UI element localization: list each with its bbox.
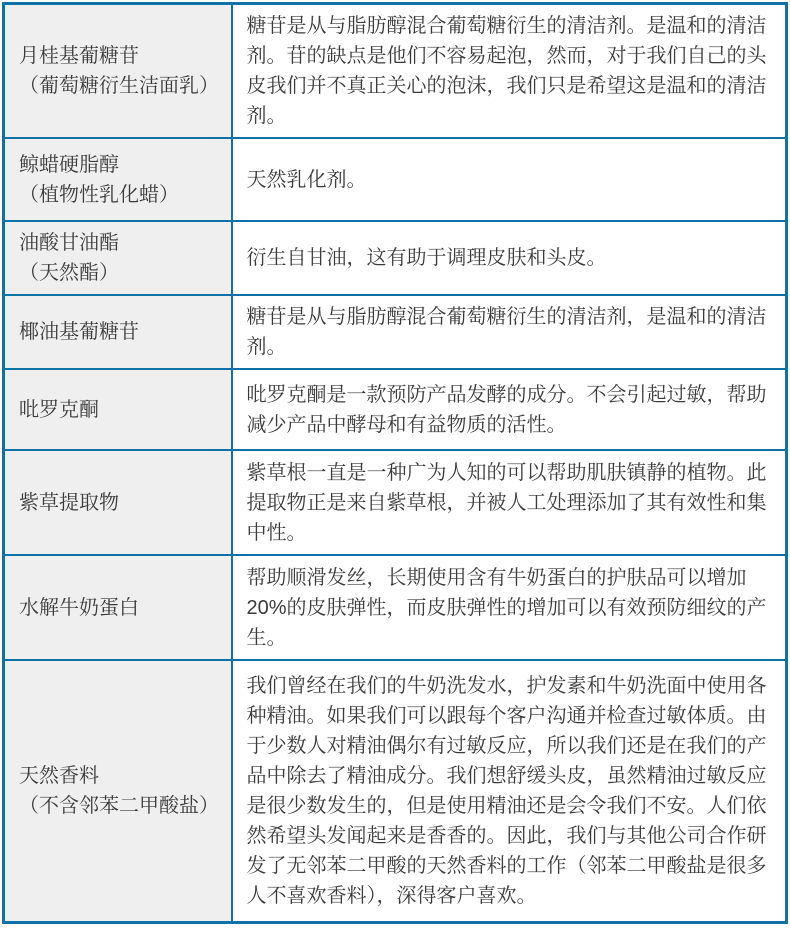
ingredient-description-text: 帮助顺滑发丝，长期使用含有牛奶蛋白的护肤品可以增加20%的皮肤弹性，而皮肤弹性的… (247, 567, 767, 649)
ingredient-name-line: 天然香料 (19, 761, 223, 791)
ingredients-table: 月桂基葡糖苷（葡萄糖衍生洁面乳） 糖苷是从与脂肪醇混合葡萄糖衍生的清洁剂。是温和… (2, 2, 788, 924)
table-row: 天然香料（不含邻苯二甲酸盐） 我们曾经在我们的牛奶洗发水，护发素和牛奶洗面中使用… (4, 660, 787, 922)
ingredient-name-line: 鲸蜡硬脂醇 (19, 150, 223, 180)
ingredient-name-cell: 鲸蜡硬脂醇（植物性乳化蜡） (4, 138, 232, 221)
table-row: 月桂基葡糖苷（葡萄糖衍生洁面乳） 糖苷是从与脂肪醇混合葡萄糖衍生的清洁剂。是温和… (4, 4, 787, 139)
table-row: 水解牛奶蛋白 帮助顺滑发丝，长期使用含有牛奶蛋白的护肤品可以增加20%的皮肤弹性… (4, 555, 787, 660)
ingredient-name-line: 月桂基葡糖苷 (19, 41, 223, 71)
ingredient-name-cell: 水解牛奶蛋白 (4, 555, 232, 660)
ingredient-name-line: （植物性乳化蜡） (19, 180, 223, 210)
ingredient-name-line: 油酸甘油酯 (19, 228, 223, 258)
ingredients-table-body: 月桂基葡糖苷（葡萄糖衍生洁面乳） 糖苷是从与脂肪醇混合葡萄糖衍生的清洁剂。是温和… (4, 4, 787, 923)
ingredient-description-cell: 衍生自甘油，这有助于调理皮肤和头皮。 (232, 221, 787, 295)
ingredient-name-cell: 椰油基葡糖苷 (4, 295, 232, 369)
ingredient-name-line: 紫草提取物 (19, 488, 223, 518)
ingredient-name-cell: 月桂基葡糖苷（葡萄糖衍生洁面乳） (4, 4, 232, 139)
ingredient-description-text: 吡罗克酮是一款预防产品发酵的成分。不会引起过敏，帮助减少产品中酵母和有益物质的活… (247, 384, 767, 436)
ingredient-name-line: （天然酯） (19, 258, 223, 288)
ingredient-description-text: 我们曾经在我们的牛奶洗发水，护发素和牛奶洗面中使用各种精油。如果我们可以跟每个客… (247, 675, 767, 907)
ingredient-description-cell: 紫草根一直是一种广为人知的可以帮助肌肤镇静的植物。此提取物正是来自紫草根，并被人… (232, 450, 787, 555)
ingredient-name-cell: 紫草提取物 (4, 450, 232, 555)
ingredient-description-cell: 帮助顺滑发丝，长期使用含有牛奶蛋白的护肤品可以增加20%的皮肤弹性，而皮肤弹性的… (232, 555, 787, 660)
ingredient-description-cell: 糖苷是从与脂肪醇混合葡萄糖衍生的清洁剂，是温和的清洁剂。 (232, 295, 787, 369)
ingredient-description-cell: 天然乳化剂。 (232, 138, 787, 221)
ingredient-description-cell: 吡罗克酮是一款预防产品发酵的成分。不会引起过敏，帮助减少产品中酵母和有益物质的活… (232, 369, 787, 450)
ingredient-name-line: （不含邻苯二甲酸盐） (19, 791, 223, 821)
ingredient-description-text: 糖苷是从与脂肪醇混合葡萄糖衍生的清洁剂，是温和的清洁剂。 (247, 306, 767, 358)
table-row: 椰油基葡糖苷 糖苷是从与脂肪醇混合葡萄糖衍生的清洁剂，是温和的清洁剂。 (4, 295, 787, 369)
ingredient-name-line: 吡罗克酮 (19, 395, 223, 425)
table-row: 吡罗克酮 吡罗克酮是一款预防产品发酵的成分。不会引起过敏，帮助减少产品中酵母和有… (4, 369, 787, 450)
ingredient-name-line: 水解牛奶蛋白 (19, 593, 223, 623)
table-row: 油酸甘油酯（天然酯） 衍生自甘油，这有助于调理皮肤和头皮。 (4, 221, 787, 295)
page: 月桂基葡糖苷（葡萄糖衍生洁面乳） 糖苷是从与脂肪醇混合葡萄糖衍生的清洁剂。是温和… (0, 0, 790, 950)
table-row: 紫草提取物 紫草根一直是一种广为人知的可以帮助肌肤镇静的植物。此提取物正是来自紫… (4, 450, 787, 555)
ingredient-description-cell: 我们曾经在我们的牛奶洗发水，护发素和牛奶洗面中使用各种精油。如果我们可以跟每个客… (232, 660, 787, 922)
ingredient-description-text: 糖苷是从与脂肪醇混合葡萄糖衍生的清洁剂。是温和的清洁剂。苷的缺点是他们不容易起泡… (247, 15, 767, 127)
ingredient-description-text: 天然乳化剂。 (247, 169, 367, 191)
ingredient-name-cell: 天然香料（不含邻苯二甲酸盐） (4, 660, 232, 922)
ingredient-description-text: 衍生自甘油，这有助于调理皮肤和头皮。 (247, 247, 607, 269)
ingredient-description-cell: 糖苷是从与脂肪醇混合葡萄糖衍生的清洁剂。是温和的清洁剂。苷的缺点是他们不容易起泡… (232, 4, 787, 139)
ingredient-name-cell: 油酸甘油酯（天然酯） (4, 221, 232, 295)
table-row: 鲸蜡硬脂醇（植物性乳化蜡） 天然乳化剂。 (4, 138, 787, 221)
ingredient-name-line: （葡萄糖衍生洁面乳） (19, 71, 223, 101)
ingredient-name-line: 椰油基葡糖苷 (19, 317, 223, 347)
ingredient-name-cell: 吡罗克酮 (4, 369, 232, 450)
ingredient-description-text: 紫草根一直是一种广为人知的可以帮助肌肤镇静的植物。此提取物正是来自紫草根，并被人… (247, 462, 767, 544)
